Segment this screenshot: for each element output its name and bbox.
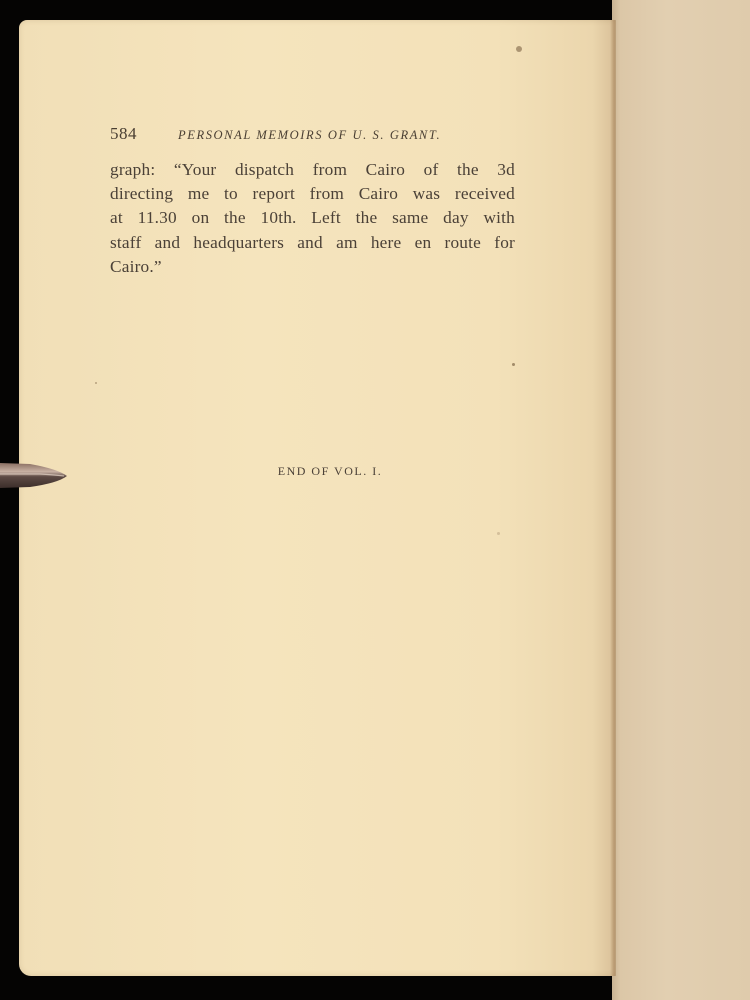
pen-tip-icon xyxy=(0,457,68,493)
running-header: 584 PERSONAL MEMOIRS OF U. S. GRANT. xyxy=(110,124,530,144)
body-paragraph: graph: “Your dispatch from Cairo of the … xyxy=(110,158,515,279)
page-number: 584 xyxy=(110,124,178,144)
text-line: Cairo.” xyxy=(110,255,515,279)
photo-scene: 584 PERSONAL MEMOIRS OF U. S. GRANT. gra… xyxy=(0,0,750,1000)
text-line: graph: “Your dispatch from Cairo of the … xyxy=(110,158,515,182)
end-of-volume-mark: END OF VOL. I. xyxy=(250,464,410,479)
header-title: PERSONAL MEMOIRS OF U. S. GRANT. xyxy=(178,128,441,143)
text-line: directing me to report from Cairo was re… xyxy=(110,182,515,206)
paper-speck xyxy=(95,382,97,384)
text-line: at 11.30 on the 10th. Left the same day … xyxy=(110,206,515,230)
paper-speck xyxy=(512,363,515,366)
text-line: staff and headquarters and am here en ro… xyxy=(110,231,515,255)
paper-speck xyxy=(497,532,500,535)
gutter-shadow xyxy=(610,20,616,976)
adjacent-leaf xyxy=(612,0,750,1000)
paper-speck xyxy=(516,46,522,52)
